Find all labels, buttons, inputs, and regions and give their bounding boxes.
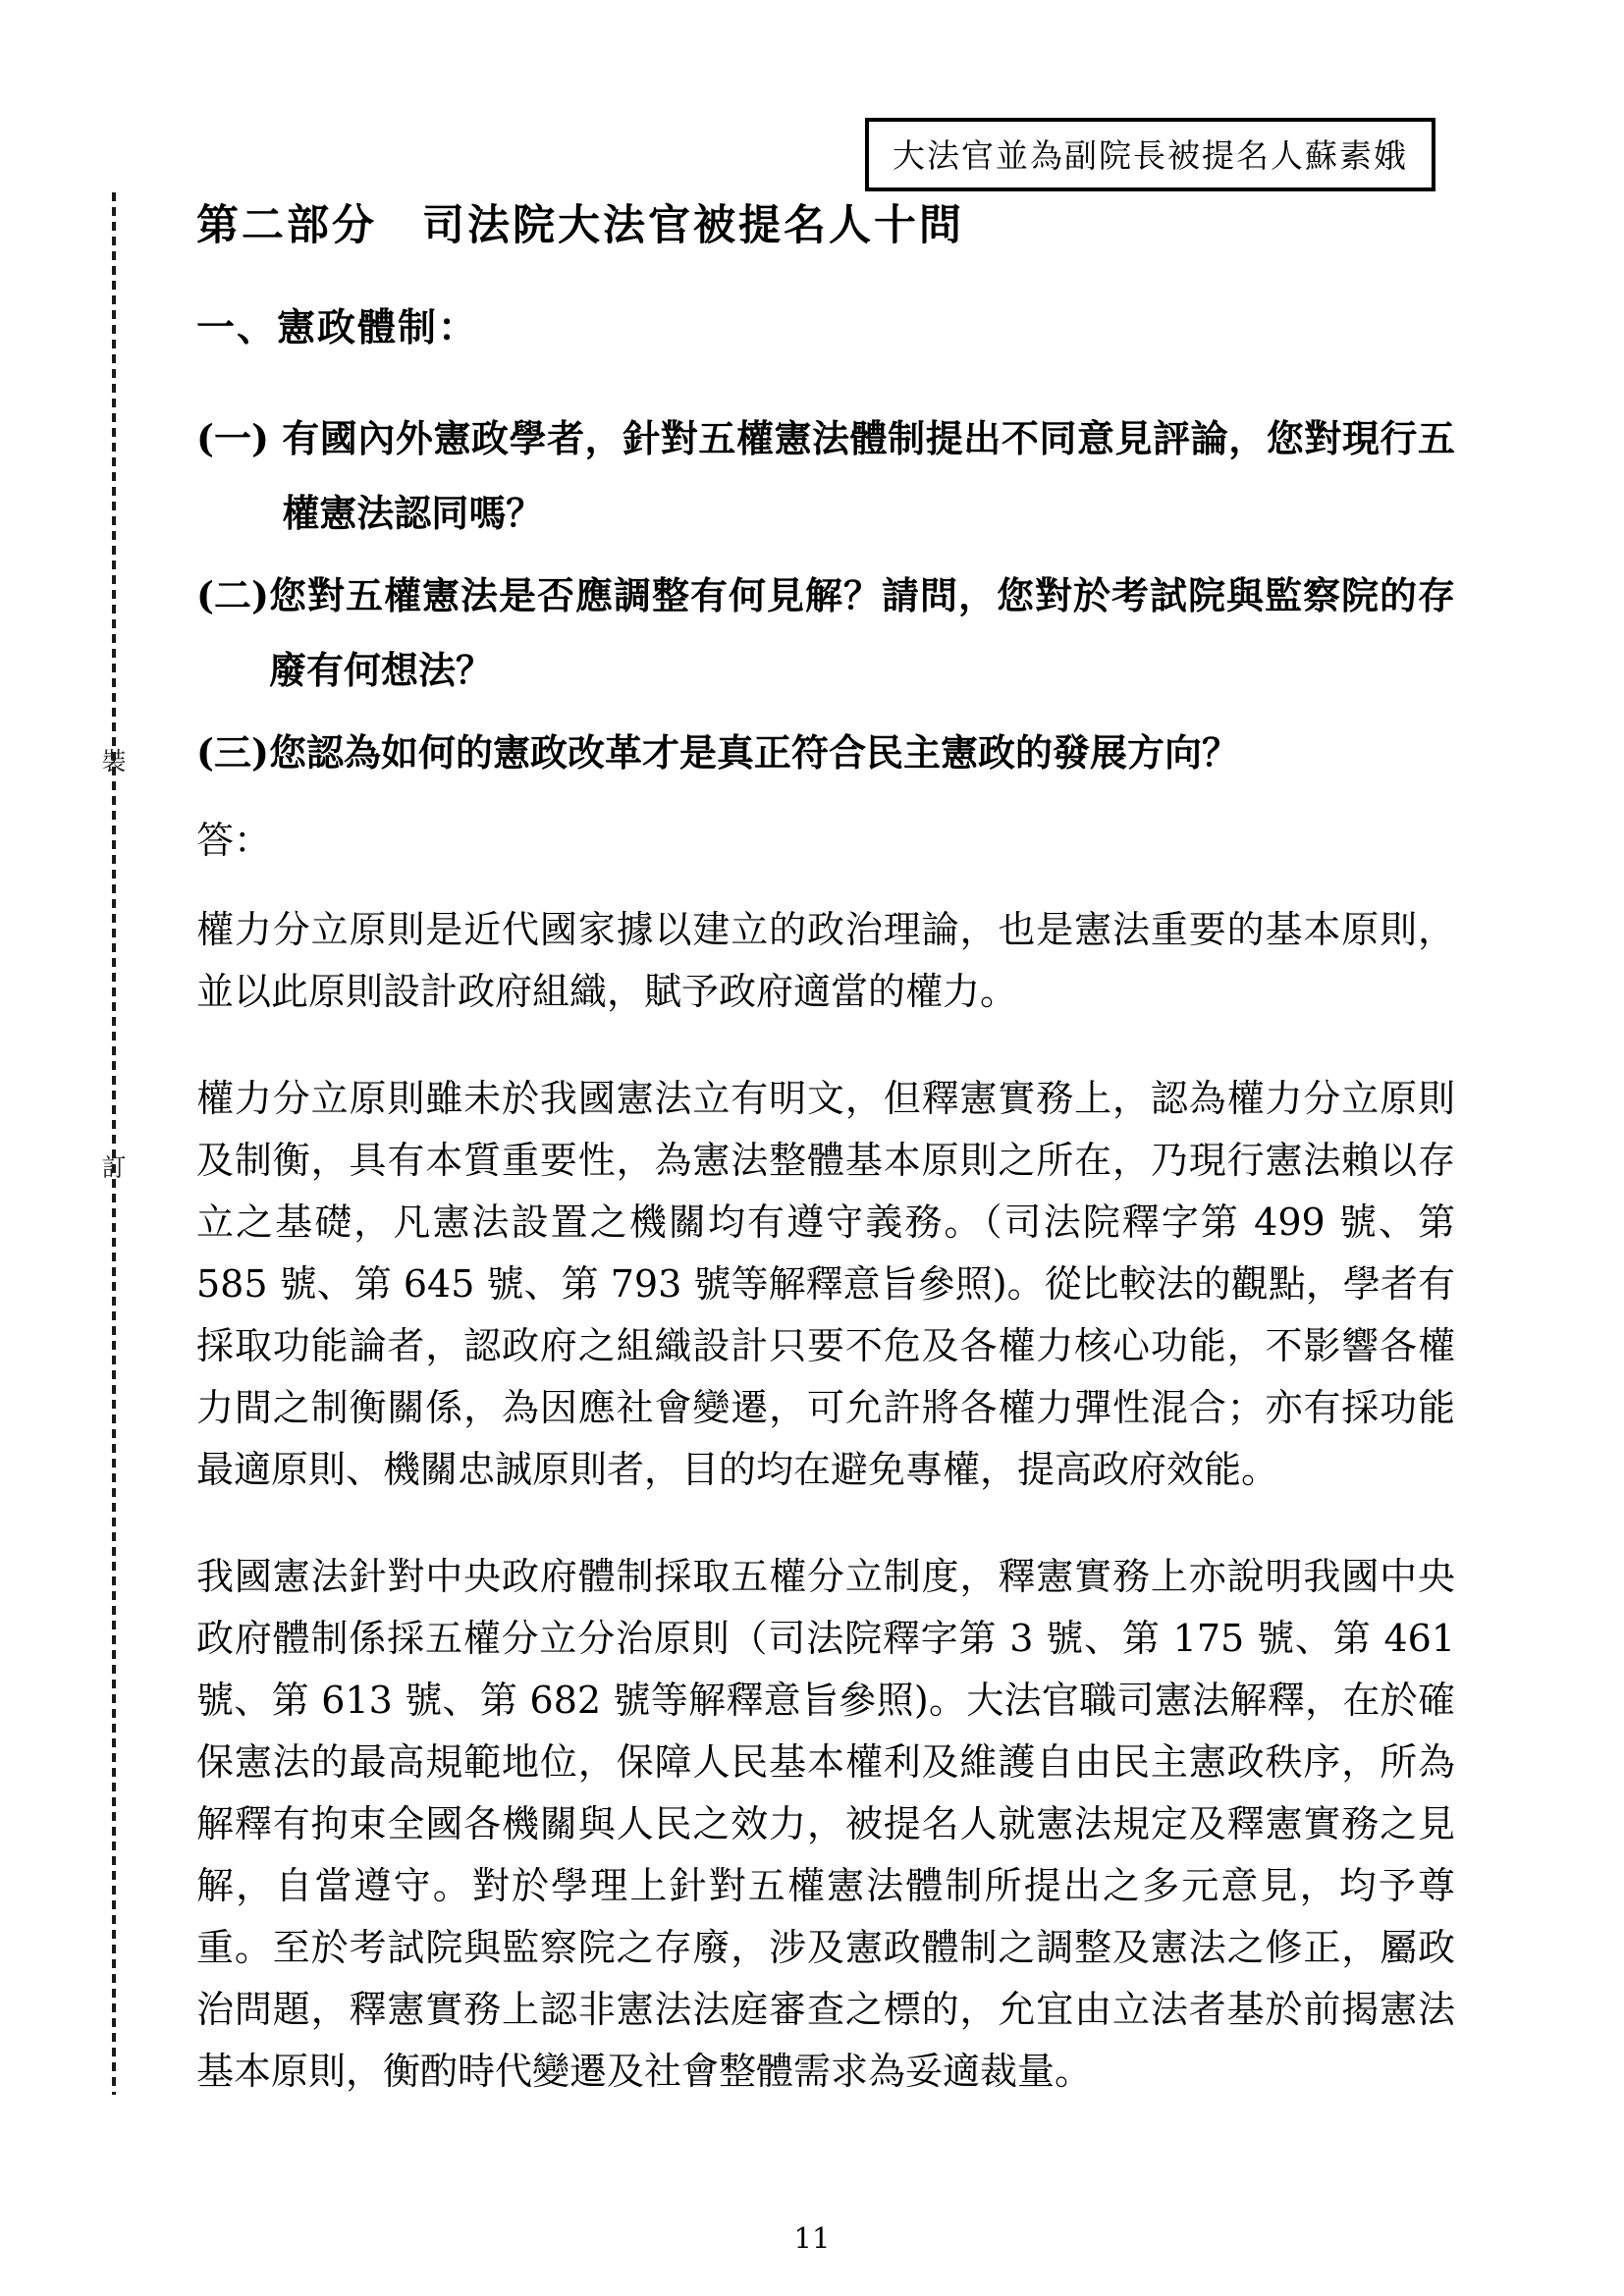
questions-list: (一) 有國內外憲政學者，針對五權憲法體制提出不同意見評論，您對現行五權憲法認同…	[196, 401, 1455, 790]
nominee-header-label: 大法官並為副院長被提名人蘇素娥	[893, 136, 1408, 175]
paragraphs-list: 權力分立原則是近代國家據以建立的政治理論，也是憲法重要的基本原則，並以此原則設計…	[196, 899, 1455, 2103]
question-item: (三)您認為如何的憲政改革才是真正符合民主憲政的發展方向？	[196, 716, 1455, 790]
question-item: (一) 有國內外憲政學者，針對五權憲法體制提出不同意見評論，您對現行五權憲法認同…	[196, 401, 1455, 551]
answer-paragraph: 權力分立原則雖未於我國憲法立有明文，但釋憲實務上，認為權力分立原則及制衡，具有本…	[196, 1068, 1455, 1501]
answer-paragraph: 我國憲法針對中央政府體制採取五權分立制度，釋憲實務上亦說明我國中央政府體制係採五…	[196, 1546, 1455, 2103]
question-number: (三)	[196, 716, 269, 790]
answer-label: 答：	[196, 810, 1455, 872]
question-number: (一)	[196, 401, 282, 551]
page-title: 第二部分 司法院大法官被提名人十問	[196, 192, 1455, 252]
question-text: 您認為如何的憲政改革才是真正符合民主憲政的發展方向？	[269, 716, 1455, 790]
question-text: 您對五權憲法是否應調整有何見解？請問，您對於考試院與監察院的存廢有何想法？	[269, 559, 1455, 708]
question-text: 有國內外憲政學者，針對五權憲法體制提出不同意見評論，您對現行五權憲法認同嗎？	[282, 401, 1455, 551]
binding-mark-zhuang: 裝	[92, 742, 135, 777]
answer-paragraph: 權力分立原則是近代國家據以建立的政治理論，也是憲法重要的基本原則，並以此原則設計…	[196, 899, 1455, 1023]
document-page: 裝 訂 大法官並為副院長被提名人蘇素娥 第二部分 司法院大法官被提名人十問 一、…	[0, 0, 1624, 2296]
binding-mark-ding: 訂	[92, 1148, 135, 1184]
binding-dashed-line	[112, 192, 116, 2095]
question-number: (二)	[196, 559, 269, 708]
nominee-header-box: 大法官並為副院長被提名人蘇素娥	[865, 118, 1435, 191]
section-heading: 一、憲政體制：	[196, 297, 1455, 352]
question-item: (二)您對五權憲法是否應調整有何見解？請問，您對於考試院與監察院的存廢有何想法？	[196, 559, 1455, 708]
page-number: 11	[0, 2221, 1624, 2255]
document-content: 第二部分 司法院大法官被提名人十問 一、憲政體制： (一) 有國內外憲政學者，針…	[196, 192, 1455, 2148]
